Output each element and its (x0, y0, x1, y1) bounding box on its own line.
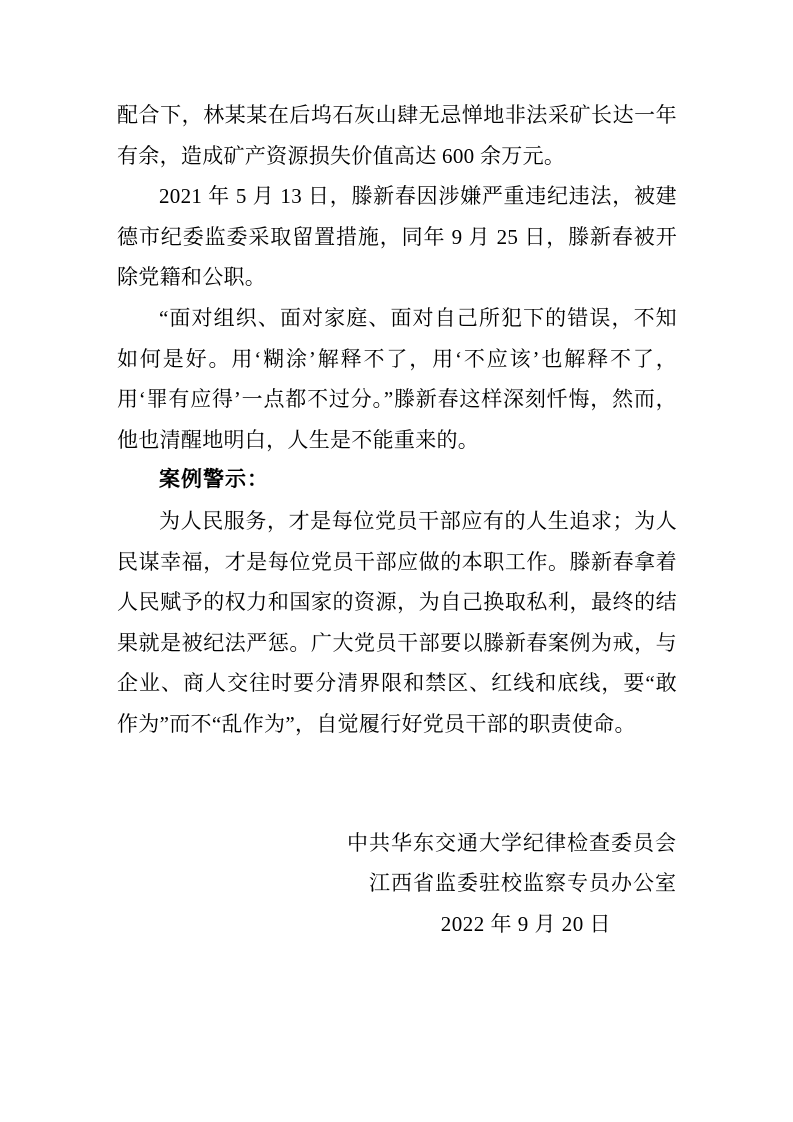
case-warning-heading: 案例警示： (117, 460, 677, 501)
document-page: 配合下，林某某在后坞石灰山肆无忌惮地非法采矿长达一年有余，造成矿产资源损失价值高… (0, 0, 793, 1122)
body-paragraph-continuation: 配合下，林某某在后坞石灰山肆无忌惮地非法采矿长达一年有余，造成矿产资源损失价值高… (117, 95, 677, 176)
body-paragraph-confession-quote: “面对组织、面对家庭、面对自己所犯下的错误，不知如何是好。用‘糊涂’解释不了，用… (117, 298, 677, 460)
body-paragraph-discipline-measures: 2021 年 5 月 13 日，滕新春因涉嫌严重违纪违法，被建德市纪委监委采取留… (117, 176, 677, 298)
signature-date: 2022 年 9 月 20 日 (117, 904, 677, 945)
signature-org-line1: 中共华东交通大学纪律检查委员会 (117, 823, 677, 864)
signature-org-line2: 江西省监委驻校监察专员办公室 (117, 863, 677, 904)
document-body: 配合下，林某某在后坞石灰山肆无忌惮地非法采矿长达一年有余，造成矿产资源损失价值高… (117, 95, 677, 944)
signature-block: 中共华东交通大学纪律检查委员会 江西省监委驻校监察专员办公室 2022 年 9 … (117, 823, 677, 945)
body-paragraph-case-warning: 为人民服务，才是每位党员干部应有的人生追求；为人民谋幸福，才是每位党员干部应做的… (117, 501, 677, 745)
